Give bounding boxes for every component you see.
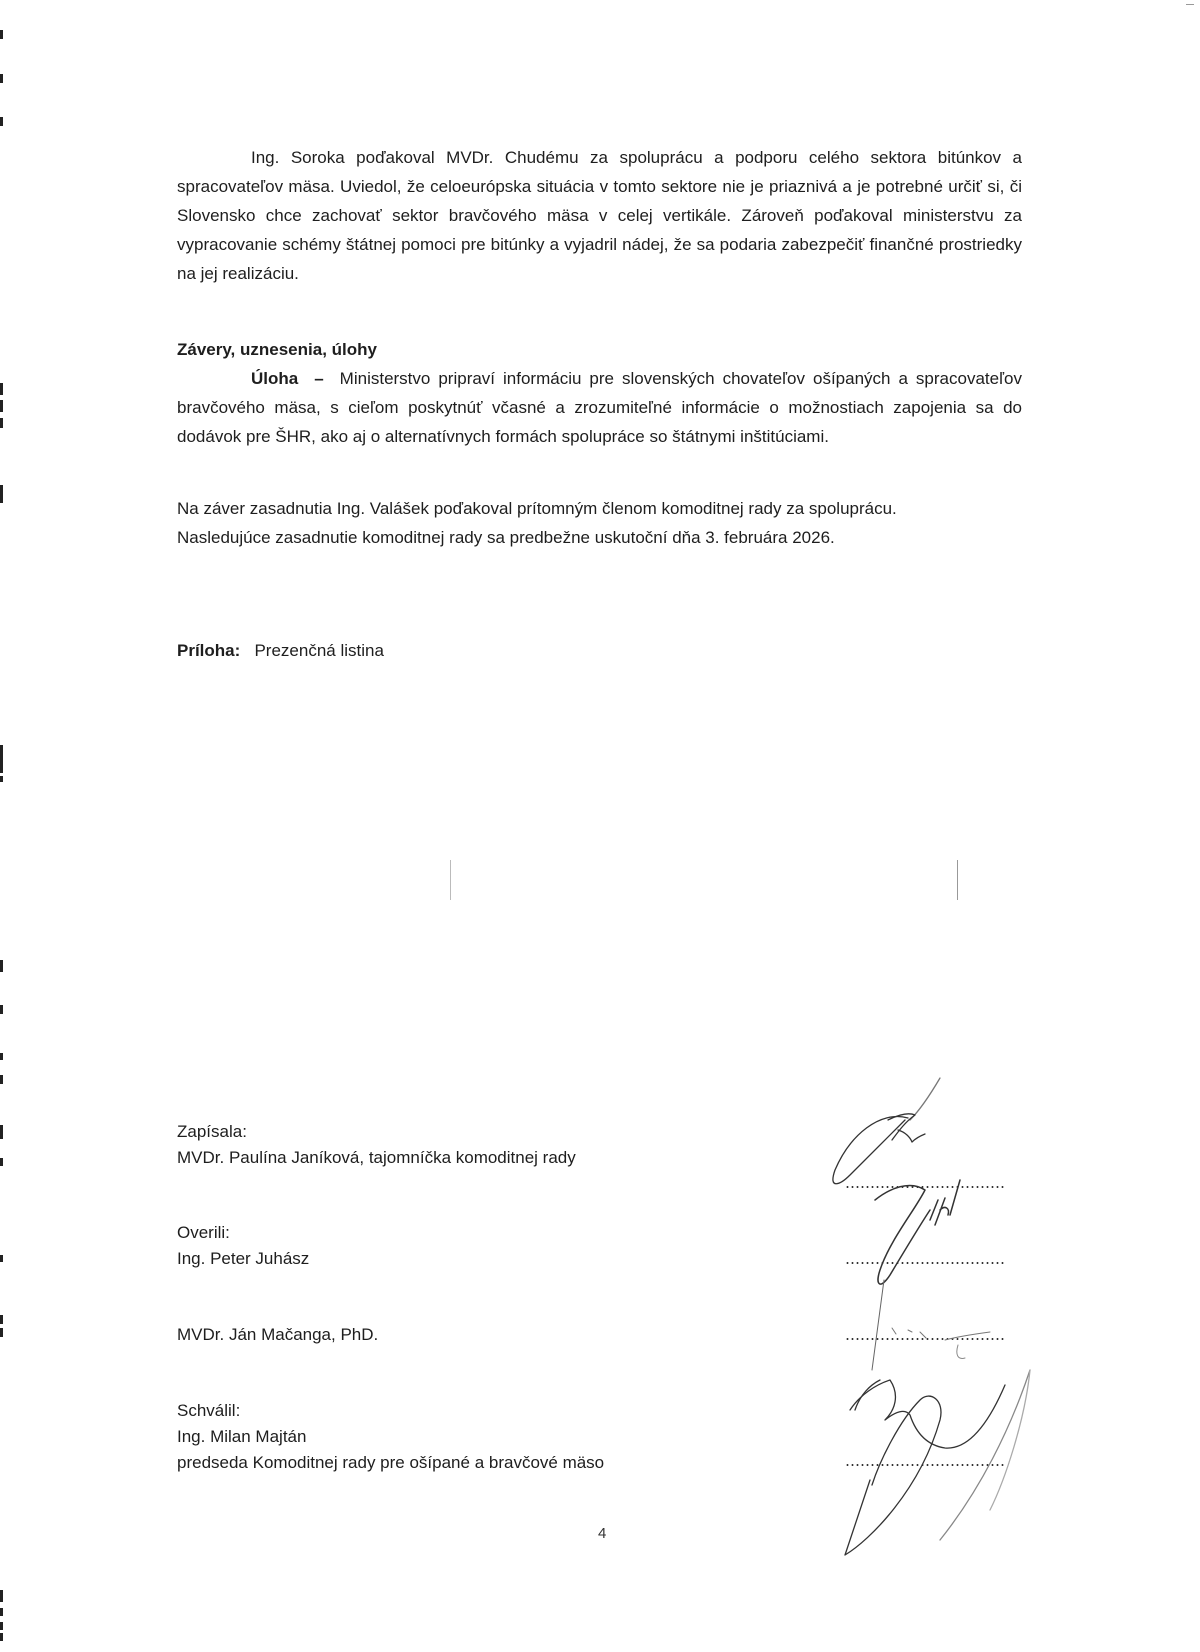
handwritten-signatures bbox=[780, 1040, 1120, 1560]
scan-mark bbox=[0, 776, 3, 782]
task-label: Úloha bbox=[251, 369, 298, 388]
scan-mark bbox=[0, 30, 3, 39]
scan-mark bbox=[0, 1608, 3, 1616]
scan-mark bbox=[0, 1315, 3, 1324]
page-number: 4 bbox=[598, 1525, 606, 1542]
scan-mark bbox=[0, 400, 3, 412]
scan-artifact bbox=[1186, 4, 1194, 5]
scan-artifact bbox=[957, 860, 958, 900]
scan-mark bbox=[0, 1053, 3, 1060]
scan-mark bbox=[0, 1590, 3, 1602]
scan-mark bbox=[0, 418, 3, 428]
scan-mark bbox=[0, 1158, 3, 1166]
scan-mark bbox=[0, 1075, 3, 1084]
scan-mark bbox=[0, 383, 3, 395]
scan-mark bbox=[0, 1633, 3, 1641]
scan-mark bbox=[0, 1125, 3, 1139]
signature-juhasz bbox=[875, 1180, 960, 1284]
attachment-label: Príloha: bbox=[177, 641, 240, 660]
document-page: Ing. Soroka poďakoval MVDr. Chudému za s… bbox=[0, 0, 1200, 1652]
scan-mark bbox=[0, 117, 3, 126]
paragraph-soroka: Ing. Soroka poďakoval MVDr. Chudému za s… bbox=[177, 143, 1022, 288]
scan-mark bbox=[0, 960, 3, 972]
task-paragraph: Úloha – Ministerstvo pripraví informáciu… bbox=[177, 364, 1022, 451]
scan-mark bbox=[0, 1255, 3, 1262]
closing-line-1: Na záver zasadnutia Ing. Valášek poďakov… bbox=[177, 494, 1022, 523]
scan-artifact bbox=[450, 860, 451, 900]
scan-mark bbox=[0, 1328, 3, 1337]
scan-mark bbox=[0, 74, 3, 83]
scan-mark bbox=[0, 1005, 3, 1014]
attachment-value: Prezenčná listina bbox=[254, 641, 383, 660]
scan-mark bbox=[0, 485, 3, 503]
signature-janikova bbox=[833, 1078, 940, 1184]
task-text: Ministerstvo pripraví informáciu pre slo… bbox=[177, 369, 1022, 446]
signature-majtan bbox=[845, 1370, 1030, 1555]
attachment: Príloha: Prezenčná listina bbox=[177, 636, 1022, 665]
signature-macanga bbox=[872, 1280, 990, 1370]
task-dash: – bbox=[314, 369, 323, 388]
closing-line-2: Nasledujúce zasadnutie komoditnej rady s… bbox=[177, 523, 1022, 552]
scan-mark bbox=[0, 745, 3, 773]
scan-mark bbox=[0, 1622, 3, 1630]
conclusions-heading: Závery, uznesenia, úlohy bbox=[177, 335, 1022, 364]
